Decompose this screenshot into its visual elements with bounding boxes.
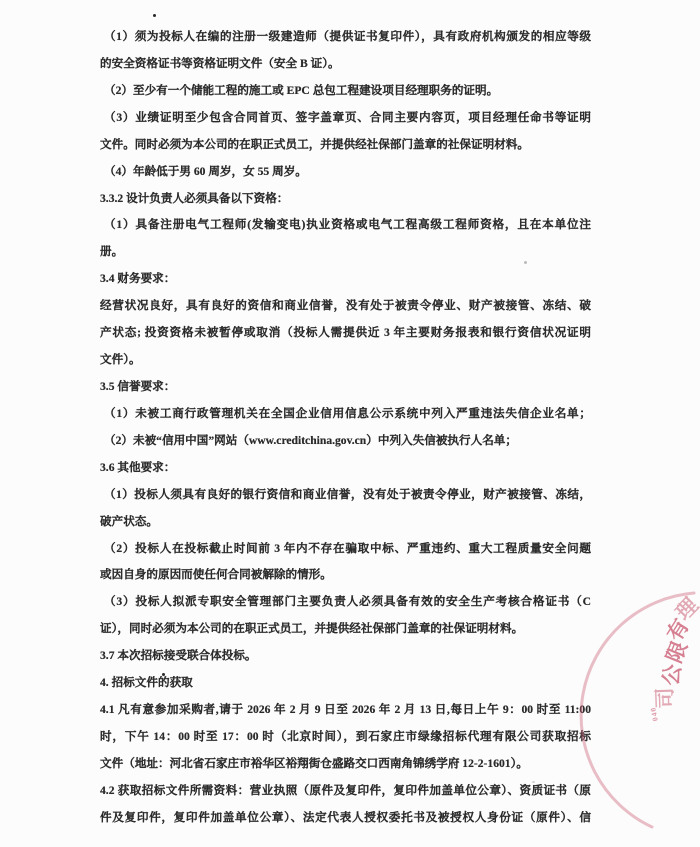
text-line: 3.4 财务要求： [100, 266, 591, 293]
text-line: （1）未被工商行政管理机关在全国企业信用信息公示系统中列入严重违法失信企业名单； [100, 401, 591, 428]
text-line: （2）投标人在投标截止时间前 3 年内不存在骗取中标、严重违约、重大工程质量安全… [100, 536, 591, 563]
text-line: 3.6 其他要求： [100, 455, 591, 482]
text-line: （1）须为投标人在编的注册一级建造师（提供证书复印件），具有政府机构颁发的相应等… [100, 24, 591, 51]
text-line: 3.5 信誉要求： [100, 374, 591, 401]
text-line: 4. 招标文件的获取 [100, 670, 591, 697]
text-line: 文件）。 [100, 347, 591, 374]
text-line: 4.1 凡有意参加采购者,请于 2026 年 2 月 9 日至 2026 年 2… [100, 697, 591, 724]
seal-arc-char: 司 [653, 687, 678, 709]
text-line: 的安全资格证书等资格证明文件（安全 B 证）。 [100, 51, 591, 78]
text-line: （2）至少有一个储能工程的施工或 EPC 总包工程建设项目经理职务的证明。 [100, 78, 591, 105]
seal-arc-char: 限 [662, 638, 692, 666]
text-line: （1）具备注册电气工程师(发输变电)执业资格或电气工程高级工程师资格，且在本单位… [100, 212, 591, 239]
text-line: 或因自身的原因而使任何合同被解除的情形。 [100, 562, 591, 589]
text-line: （1）投标人须具有良好的银行资信和商业信誉，没有处于被责令停业，财产被接管、冻结… [100, 482, 591, 509]
document-body: （1）须为投标人在编的注册一级建造师（提供证书复印件），具有政府机构颁发的相应等… [100, 24, 591, 832]
text-line: （3）投标人拟派专职安全管理部门主要负责人必须具备有效的安全生产考核合格证书（C [100, 589, 591, 616]
scan-speck [524, 261, 527, 264]
seal-arc-char: 有 [662, 615, 693, 646]
ink-speck [153, 14, 156, 17]
text-line: 产状态; 投资资格未被暂停或取消（投标人需提供近 3 年主要财务报表和银行资信状… [100, 320, 591, 347]
seal-serial-number: 040 [648, 706, 660, 722]
scan-speck [532, 781, 535, 783]
text-line: （2）未被“信用中国”网站（www.creditchina.gov.cn）中列入… [100, 428, 591, 455]
text-line: （4）年龄低于男 60 周岁，女 55 周岁。 [100, 159, 591, 186]
text-line: （3）业绩证明至少包含合同首页、签字盖章页、合同主要内容页，项目经理任命书等证明 [100, 105, 591, 132]
text-line: 文件。同时必须为本公司的在职正式员工，并提供经社保部门盖章的社保证明材料。 [100, 132, 591, 159]
seal-arc-char: 公 [658, 663, 685, 688]
scanned-tender-document-page: （1）须为投标人在编的注册一级建造师（提供证书复印件），具有政府机构颁发的相应等… [0, 0, 700, 847]
text-line: 经营状况良好，具有良好的资信和商业信誉，没有处于被责令停业、财产被接管、冻结、破 [100, 293, 591, 320]
text-line: 证），同时必须为本公司的在职正式员工，并提供经社保部门盖章的社保证明材料。 [100, 616, 591, 643]
text-line: 3.7 本次招标接受联合体投标。 [100, 643, 591, 670]
text-line: 件及复印件，复印件加盖单位公章）、法定代表人授权委托书及被授权人身份证（原件）、… [100, 805, 591, 832]
seal-border-arc [581, 593, 694, 827]
text-line: 破产状态。 [100, 509, 591, 536]
text-line: 册。 [100, 239, 591, 266]
text-line: 3.3.2 设计负责人必须具备以下资格： [100, 186, 591, 213]
seal-arc-char: 理 [671, 592, 700, 624]
text-line: 4.2 获取招标文件所需资料：营业执照（原件及复印件，复印件加盖单位公章）、资质… [100, 778, 591, 805]
text-line: 文件（地址：河北省石家庄市裕华区裕翔街仓盛路交口西南角锦绣学府 12-2-160… [100, 751, 591, 778]
ink-speck [162, 673, 165, 676]
text-line: 时，下午 14：00 时至 17：00 时（北京时间），到石家庄市绿缘招标代理有… [100, 724, 591, 751]
